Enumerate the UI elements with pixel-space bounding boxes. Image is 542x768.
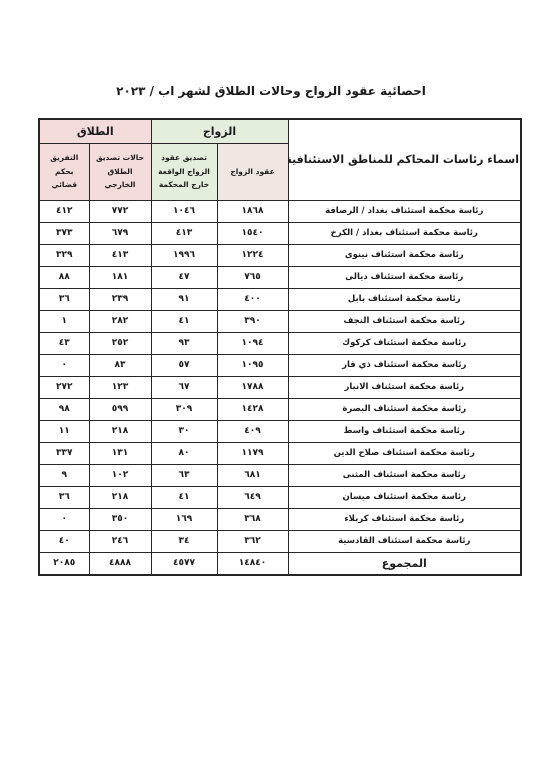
marriage-outside-court-cell: ١٠٤٦ <box>151 200 217 222</box>
court-name-cell: رئاسة محكمة استئناف القادسية <box>288 530 521 552</box>
marriage-outside-court-cell: ٤١٣ <box>151 222 217 244</box>
judicial-separation-cell: ٣٧٣ <box>39 222 89 244</box>
table-row: رئاسة محكمة استئناف كربلاء٣٦٨١٦٩٣٥٠٠ <box>39 508 521 530</box>
marriage-contracts-cell: ١٠٩٥ <box>217 354 288 376</box>
divorce-group-header: الطلاق <box>39 119 151 143</box>
document-page: احصائية عقود الزواج وحالات الطلاق لشهر ا… <box>0 0 542 768</box>
marriage-contracts-cell: ٤٠٩ <box>217 420 288 442</box>
judicial-separation-cell: ١١ <box>39 420 89 442</box>
table-row: رئاسة محكمة استئناف ذي قار١٠٩٥٥٧٨٣٠ <box>39 354 521 376</box>
external-divorce-cert-cell: ٧٧٢ <box>89 200 151 222</box>
external-divorce-cert-header: حالات تصديق الطلاق الخارجي <box>89 143 151 200</box>
marriage-contracts-header: عقود الزواج <box>217 143 288 200</box>
total-row: المجموع ١٤٨٤٠ ٤٥٧٧ ٤٨٨٨ ٢٠٨٥ <box>39 552 521 575</box>
marriage-contracts-cell: ٣٩٠ <box>217 310 288 332</box>
external-divorce-cert-cell: ٤١٣ <box>89 244 151 266</box>
judicial-separation-cell: ٤١٢ <box>39 200 89 222</box>
marriage-outside-court-cell: ٩٣ <box>151 332 217 354</box>
marriage-outside-court-cell: ٦٣ <box>151 464 217 486</box>
marriage-outside-court-cell: ٤١ <box>151 486 217 508</box>
page-title: احصائية عقود الزواج وحالات الطلاق لشهر ا… <box>0 84 542 98</box>
court-name-cell: رئاسة محكمة استئناف بغداد / الكرخ <box>288 222 521 244</box>
court-name-cell: رئاسة محكمة استئناف بابل <box>288 288 521 310</box>
court-name-cell: رئاسة محكمة استئناف النجف <box>288 310 521 332</box>
marriage-contracts-cell: ٧٦٥ <box>217 266 288 288</box>
court-name-cell: رئاسة محكمة استئناف ذي قار <box>288 354 521 376</box>
total-marriage-outside-court: ٤٥٧٧ <box>151 552 217 575</box>
table-row: رئاسة محكمة استئناف الانبار١٧٨٨٦٧١٢٣٢٧٢ <box>39 376 521 398</box>
table-row: رئاسة محكمة استئناف صلاح الدين١١٧٩٨٠١٣١٣… <box>39 442 521 464</box>
table-row: رئاسة محكمة استئناف بابل٤٠٠٩١٢٣٩٣٦ <box>39 288 521 310</box>
total-judicial-separation: ٢٠٨٥ <box>39 552 89 575</box>
external-divorce-cert-cell: ٢٤٦ <box>89 530 151 552</box>
external-divorce-cert-cell: ١٨١ <box>89 266 151 288</box>
table-row: رئاسة محكمة استئناف المثنى٦٨١٦٣١٠٢٩ <box>39 464 521 486</box>
court-name-cell: رئاسة محكمة استئناف بغداد / الرصافة <box>288 200 521 222</box>
court-name-cell: رئاسة محكمة استئناف واسط <box>288 420 521 442</box>
marriage-contracts-cell: ١٢٢٤ <box>217 244 288 266</box>
judicial-separation-cell: ٩٨ <box>39 398 89 420</box>
marriage-contracts-cell: ٣٦٢ <box>217 530 288 552</box>
court-names-header: اسماء رئاسات المحاكم للمناطق الاستئنافية <box>288 119 521 200</box>
table-row: رئاسة محكمة استئناف القادسية٣٦٢٣٤٢٤٦٤٠ <box>39 530 521 552</box>
table-row: رئاسة محكمة استئناف البصرة١٤٢٨٣٠٩٥٩٩٩٨ <box>39 398 521 420</box>
external-divorce-cert-cell: ١٠٢ <box>89 464 151 486</box>
external-divorce-cert-cell: ٥٩٩ <box>89 398 151 420</box>
marriage-contracts-cell: ٦٨١ <box>217 464 288 486</box>
judicial-separation-cell: ٤٣ <box>39 332 89 354</box>
court-name-cell: رئاسة محكمة استئناف البصرة <box>288 398 521 420</box>
marriage-outside-court-cell: ٨٠ <box>151 442 217 464</box>
marriage-contracts-cell: ٦٤٩ <box>217 486 288 508</box>
external-divorce-cert-cell: ١٢٣ <box>89 376 151 398</box>
marriage-outside-court-cell: ٩١ <box>151 288 217 310</box>
marriage-contracts-cell: ١٥٤٠ <box>217 222 288 244</box>
external-divorce-cert-cell: ٦٧٩ <box>89 222 151 244</box>
marriage-contracts-cell: ٣٦٨ <box>217 508 288 530</box>
group-header-row: اسماء رئاسات المحاكم للمناطق الاستئنافية… <box>39 119 521 143</box>
table-row: رئاسة محكمة استئناف نينوى١٢٢٤١٩٩٦٤١٣٣٢٩ <box>39 244 521 266</box>
judicial-separation-cell: ٩ <box>39 464 89 486</box>
marriage-contracts-cell: ١٤٢٨ <box>217 398 288 420</box>
court-name-cell: رئاسة محكمة استئناف الانبار <box>288 376 521 398</box>
total-label: المجموع <box>288 552 521 575</box>
total-marriage-contracts: ١٤٨٤٠ <box>217 552 288 575</box>
table-row: رئاسة محكمة استئناف النجف٣٩٠٤١٢٨٢١ <box>39 310 521 332</box>
external-divorce-cert-cell: ١٣١ <box>89 442 151 464</box>
court-name-cell: رئاسة محكمة استئناف كركوك <box>288 332 521 354</box>
judicial-separation-header: التفريق بحكم قضائي <box>39 143 89 200</box>
judicial-separation-cell: ٤٠ <box>39 530 89 552</box>
court-name-cell: رئاسة محكمة استئناف ديالى <box>288 266 521 288</box>
marriage-contracts-cell: ١٧٨٨ <box>217 376 288 398</box>
table-row: رئاسة محكمة استئناف ميسان٦٤٩٤١٢١٨٣٦ <box>39 486 521 508</box>
judicial-separation-cell: ١ <box>39 310 89 332</box>
external-divorce-cert-cell: ٢٨٢ <box>89 310 151 332</box>
external-divorce-cert-cell: ٢١٨ <box>89 420 151 442</box>
table-row: رئاسة محكمة استئناف بغداد / الكرخ١٥٤٠٤١٣… <box>39 222 521 244</box>
marriage-outside-court-cell: ١٦٩ <box>151 508 217 530</box>
marriage-group-header: الزواج <box>151 119 288 143</box>
table-row: رئاسة محكمة استئناف ديالى٧٦٥٤٧١٨١٨٨ <box>39 266 521 288</box>
court-name-cell: رئاسة محكمة استئناف صلاح الدين <box>288 442 521 464</box>
external-divorce-cert-cell: ٢١٨ <box>89 486 151 508</box>
total-external-divorce-cert: ٤٨٨٨ <box>89 552 151 575</box>
judicial-separation-cell: ٠ <box>39 354 89 376</box>
marriage-outside-court-cell: ٣٤ <box>151 530 217 552</box>
judicial-separation-cell: ٣٣٧ <box>39 442 89 464</box>
marriage-outside-court-cell: ٣٠ <box>151 420 217 442</box>
marriage-outside-court-cell: ٤١ <box>151 310 217 332</box>
table-row: رئاسة محكمة استئناف واسط٤٠٩٣٠٢١٨١١ <box>39 420 521 442</box>
marriage-outside-court-cell: ٥٧ <box>151 354 217 376</box>
judicial-separation-cell: ٢٧٢ <box>39 376 89 398</box>
judicial-separation-cell: ٣٦ <box>39 486 89 508</box>
table-row: رئاسة محكمة استئناف بغداد / الرصافة١٨٦٨١… <box>39 200 521 222</box>
judicial-separation-cell: ٨٨ <box>39 266 89 288</box>
marriage-outside-court-cell: ١٩٩٦ <box>151 244 217 266</box>
court-name-cell: رئاسة محكمة استئناف المثنى <box>288 464 521 486</box>
marriage-outside-court-header: تصديق عقود الزواج الواقعة خارج المحكمة <box>151 143 217 200</box>
marriage-contracts-cell: ٤٠٠ <box>217 288 288 310</box>
court-name-cell: رئاسة محكمة استئناف كربلاء <box>288 508 521 530</box>
marriage-outside-court-cell: ٤٧ <box>151 266 217 288</box>
marriage-outside-court-cell: ٣٠٩ <box>151 398 217 420</box>
table-body: اسماء رئاسات المحاكم للمناطق الاستئنافية… <box>39 119 521 575</box>
court-name-cell: رئاسة محكمة استئناف ميسان <box>288 486 521 508</box>
judicial-separation-cell: ٠ <box>39 508 89 530</box>
external-divorce-cert-cell: ٨٣ <box>89 354 151 376</box>
judicial-separation-cell: ٣٦ <box>39 288 89 310</box>
marriage-outside-court-cell: ٦٧ <box>151 376 217 398</box>
marriage-contracts-cell: ١٨٦٨ <box>217 200 288 222</box>
marriage-contracts-cell: ١٠٩٤ <box>217 332 288 354</box>
external-divorce-cert-cell: ٢٥٢ <box>89 332 151 354</box>
marriage-contracts-cell: ١١٧٩ <box>217 442 288 464</box>
court-name-cell: رئاسة محكمة استئناف نينوى <box>288 244 521 266</box>
statistics-table: اسماء رئاسات المحاكم للمناطق الاستئنافية… <box>38 118 522 576</box>
judicial-separation-cell: ٣٢٩ <box>39 244 89 266</box>
external-divorce-cert-cell: ٣٥٠ <box>89 508 151 530</box>
external-divorce-cert-cell: ٢٣٩ <box>89 288 151 310</box>
table-row: رئاسة محكمة استئناف كركوك١٠٩٤٩٣٢٥٢٤٣ <box>39 332 521 354</box>
